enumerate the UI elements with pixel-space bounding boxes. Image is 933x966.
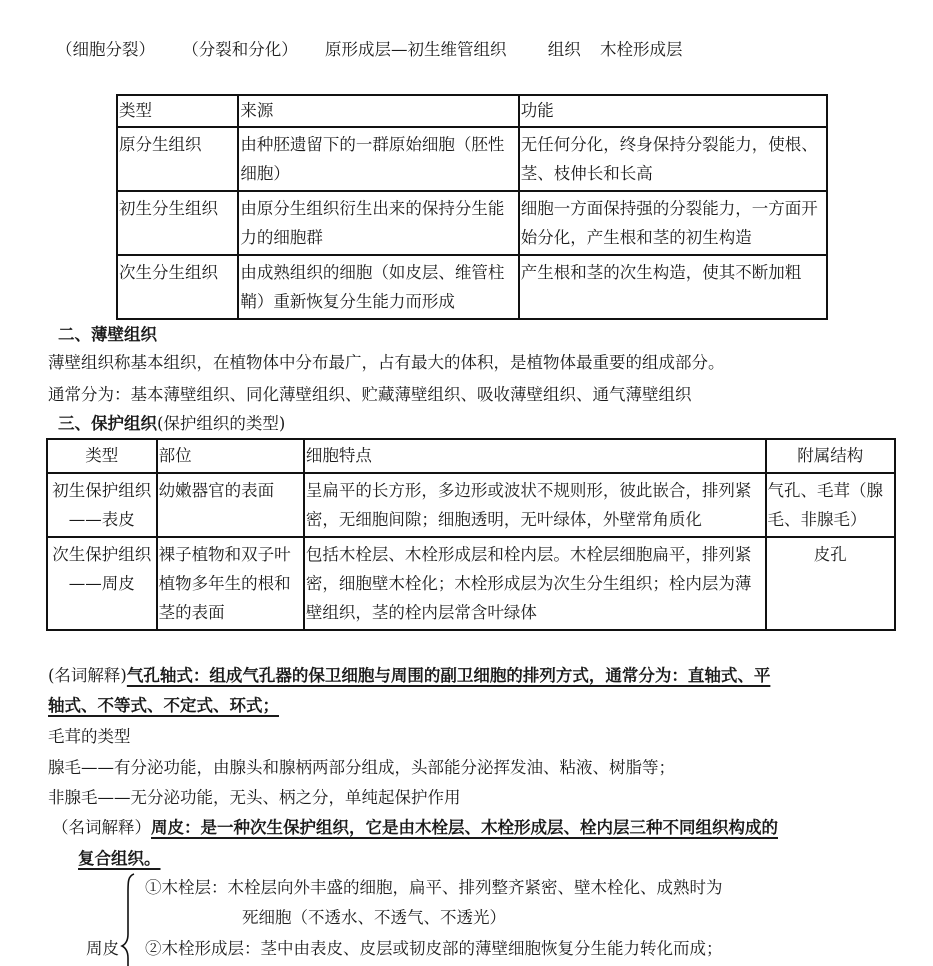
table-row: 次生分生组织 由成熟组织的细胞（如皮层、维管柱鞘）重新恢复分生能力而形成 产生根… [117, 255, 827, 319]
periderm-definition-line-1: （名词解释）周皮：是一种次生保护组织，它是由木栓层、木栓形成层、栓内层三种不同组… [52, 818, 778, 838]
section-heading-parenchyma: 二、薄壁组织 [58, 325, 157, 345]
top-line-item: 组织 [548, 40, 581, 59]
table-row: 初生分生组织 由原分生组织衍生出来的保持分生能力的细胞群 细胞一方面保持强的分裂… [117, 191, 827, 255]
trichome-non-glandular: 非腺毛——无分泌功能，无头、柄之分，单纯起保护作用 [48, 788, 461, 808]
features-cell: 包括木栓层、木栓形成层和栓内层。木栓层细胞扁平，排列紧密，细胞壁木栓化；木栓形成… [304, 537, 766, 630]
header-cell: 类型 [47, 439, 157, 473]
header-cell: 附属结构 [766, 439, 896, 473]
type-cell: 次生保护组织——周皮 [47, 537, 157, 630]
parenchyma-paragraph-2: 通常分为：基本薄壁组织、同化薄壁组织、贮藏薄壁组织、吸收薄壁组织、通气薄壁组织 [48, 385, 692, 405]
appendages-cell: 皮孔 [766, 537, 896, 630]
table-header-row: 类型 部位 细胞特点 附属结构 [47, 439, 895, 473]
function-cell: 细胞一方面保持强的分裂能力，一方面开始分化，产生根和茎的初生构造 [519, 191, 827, 255]
top-line: （细胞分裂） （分裂和分化） 原形成层—初生维管组织 组织 木栓形成层 [56, 40, 705, 60]
top-line-item: 原形成层—初生维管组织 [325, 40, 507, 59]
meristem-table: 类型 来源 功能 原分生组织 由种胚遗留下的一群原始细胞（胚性细胞） 无任何分化… [116, 94, 828, 320]
features-cell: 呈扁平的长方形，多边形或波状不规则形，彼此嵌合，排列紧密，无细胞间隙；细胞透明，… [304, 473, 766, 537]
table-row: 原分生组织 由种胚遗留下的一群原始细胞（胚性细胞） 无任何分化，终身保持分裂能力… [117, 127, 827, 191]
stomata-definition-line-2: 轴式、不等式、不定式、环式； [48, 696, 279, 716]
periderm-item-2: ②木栓形成层：茎中由表皮、皮层或韧皮部的薄壁细胞恢复分生能力转化而成； [145, 939, 723, 959]
type-cell: 初生分生组织 [117, 191, 238, 255]
definition-prefix: (名词解释) [48, 666, 127, 685]
protective-tissue-table: 类型 部位 细胞特点 附属结构 初生保护组织——表皮 幼嫩器官的表面 呈扁平的长… [46, 438, 896, 631]
parenchyma-paragraph-1: 薄壁组织称基本组织，在植物体中分布最广，占有最大的体积，是植物体最重要的组成部分… [48, 353, 725, 373]
periderm-item-1-line-1: ①木栓层：木栓层向外丰盛的细胞，扁平、排列整齐紧密、壁木栓化、成熟时为 [145, 878, 723, 898]
stomata-definition-text: 气孔轴式：组成气孔器的保卫细胞与周围的副卫细胞的排列方式，通常分为：直轴式、平 [127, 666, 771, 685]
table-header-row: 类型 来源 功能 [117, 95, 827, 127]
top-line-item: 木栓形成层 [600, 40, 683, 59]
header-cell: 来源 [238, 95, 518, 127]
header-cell: 部位 [157, 439, 304, 473]
source-cell: 由成熟组织的细胞（如皮层、维管柱鞘）重新恢复分生能力而形成 [238, 255, 518, 319]
protective-heading: 三、保护组织 [58, 414, 157, 433]
periderm-definition-line-2: 复合组织。 [78, 849, 161, 869]
function-cell: 无任何分化，终身保持分裂能力，使根、茎、枝伸长和长高 [519, 127, 827, 191]
function-cell: 产生根和茎的次生构造，使其不断加粗 [519, 255, 827, 319]
header-cell: 类型 [117, 95, 238, 127]
type-cell: 原分生组织 [117, 127, 238, 191]
source-cell: 由种胚遗留下的一群原始细胞（胚性细胞） [238, 127, 518, 191]
top-line-item: （分裂和分化） [182, 40, 298, 59]
curly-brace-icon [120, 872, 136, 966]
appendages-cell: 气孔、毛茸（腺毛、非腺毛） [766, 473, 896, 537]
periderm-definition-text: 周皮：是一种次生保护组织，它是由木栓层、木栓形成层、栓内层三种不同组织构成的 [151, 818, 778, 837]
periderm-item-1-line-2: 死细胞（不透水、不透气、不透光） [242, 908, 506, 928]
header-cell: 功能 [519, 95, 827, 127]
location-cell: 裸子植物和双子叶植物多年生的根和茎的表面 [157, 537, 304, 630]
section-heading-protective: 三、保护组织(保护组织的类型) [58, 414, 285, 434]
stomata-definition-line-1: (名词解释)气孔轴式：组成气孔器的保卫细胞与周围的副卫细胞的排列方式，通常分为：… [48, 666, 770, 686]
type-cell: 初生保护组织——表皮 [47, 473, 157, 537]
periderm-brace-label: 周皮 [86, 939, 119, 959]
type-cell: 次生分生组织 [117, 255, 238, 319]
definition-prefix: （名词解释） [52, 818, 151, 837]
header-cell: 细胞特点 [304, 439, 766, 473]
location-cell: 幼嫩器官的表面 [157, 473, 304, 537]
table-row: 次生保护组织——周皮 裸子植物和双子叶植物多年生的根和茎的表面 包括木栓层、木栓… [47, 537, 895, 630]
protective-heading-note: (保护组织的类型) [157, 414, 285, 433]
trichome-title: 毛茸的类型 [48, 727, 131, 747]
source-cell: 由原分生组织衍生出来的保持分生能力的细胞群 [238, 191, 518, 255]
trichome-glandular: 腺毛——有分泌功能，由腺头和腺柄两部分组成，头部能分泌挥发油、粘液、树脂等； [48, 758, 675, 778]
table-row: 初生保护组织——表皮 幼嫩器官的表面 呈扁平的长方形，多边形或波状不规则形，彼此… [47, 473, 895, 537]
top-line-item: （细胞分裂） [56, 40, 155, 59]
